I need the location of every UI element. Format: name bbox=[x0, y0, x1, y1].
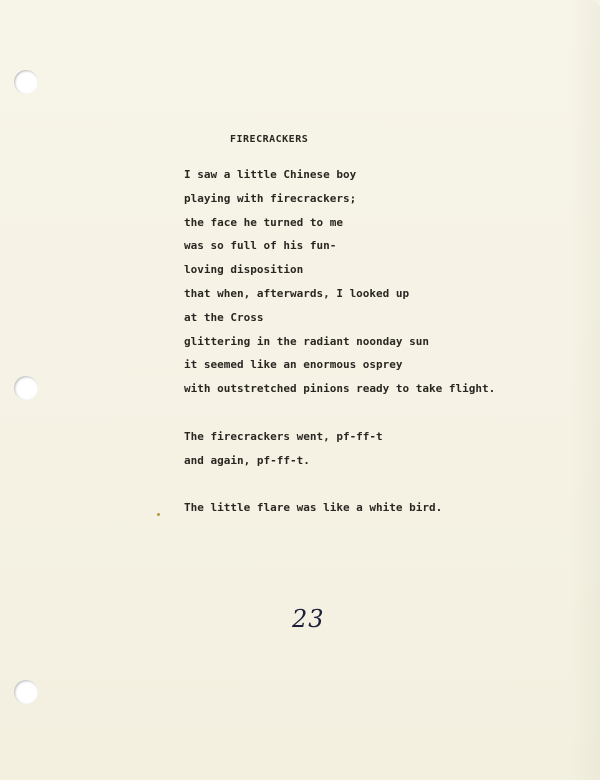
punch-hole-top bbox=[14, 70, 38, 94]
punch-hole-middle bbox=[14, 376, 38, 400]
handwritten-page-number: 23 bbox=[292, 605, 325, 633]
poem-title: FIRECRACKERS bbox=[230, 134, 308, 145]
poem-line: that when, afterwards, I looked up bbox=[184, 287, 495, 311]
poem-line: with outstretched pinions ready to take … bbox=[184, 382, 495, 406]
stanza-1: I saw a little Chinese boy playing with … bbox=[184, 168, 495, 406]
poem-line: loving disposition bbox=[184, 263, 495, 287]
poem-line: The firecrackers went, pf-ff-t bbox=[184, 430, 383, 454]
poem-line: I saw a little Chinese boy bbox=[184, 168, 495, 192]
poem-line: was so full of his fun- bbox=[184, 239, 495, 263]
punch-hole-bottom bbox=[14, 680, 38, 704]
poem-line: The little flare was like a white bird. bbox=[184, 501, 442, 525]
poem-line: it seemed like an enormous osprey bbox=[184, 358, 495, 382]
poem-line: playing with firecrackers; bbox=[184, 192, 495, 216]
poem-line: at the Cross bbox=[184, 311, 495, 335]
poem-line: and again, pf-ff-t. bbox=[184, 454, 383, 478]
typed-page: FIRECRACKERS I saw a little Chinese boy … bbox=[0, 0, 600, 780]
poem-line: the face he turned to me bbox=[184, 216, 495, 240]
stanza-2: The firecrackers went, pf-ff-t and again… bbox=[184, 430, 383, 478]
stanza-3: The little flare was like a white bird. bbox=[184, 501, 442, 525]
paper-speck bbox=[157, 513, 160, 516]
poem-line: glittering in the radiant noonday sun bbox=[184, 335, 495, 359]
